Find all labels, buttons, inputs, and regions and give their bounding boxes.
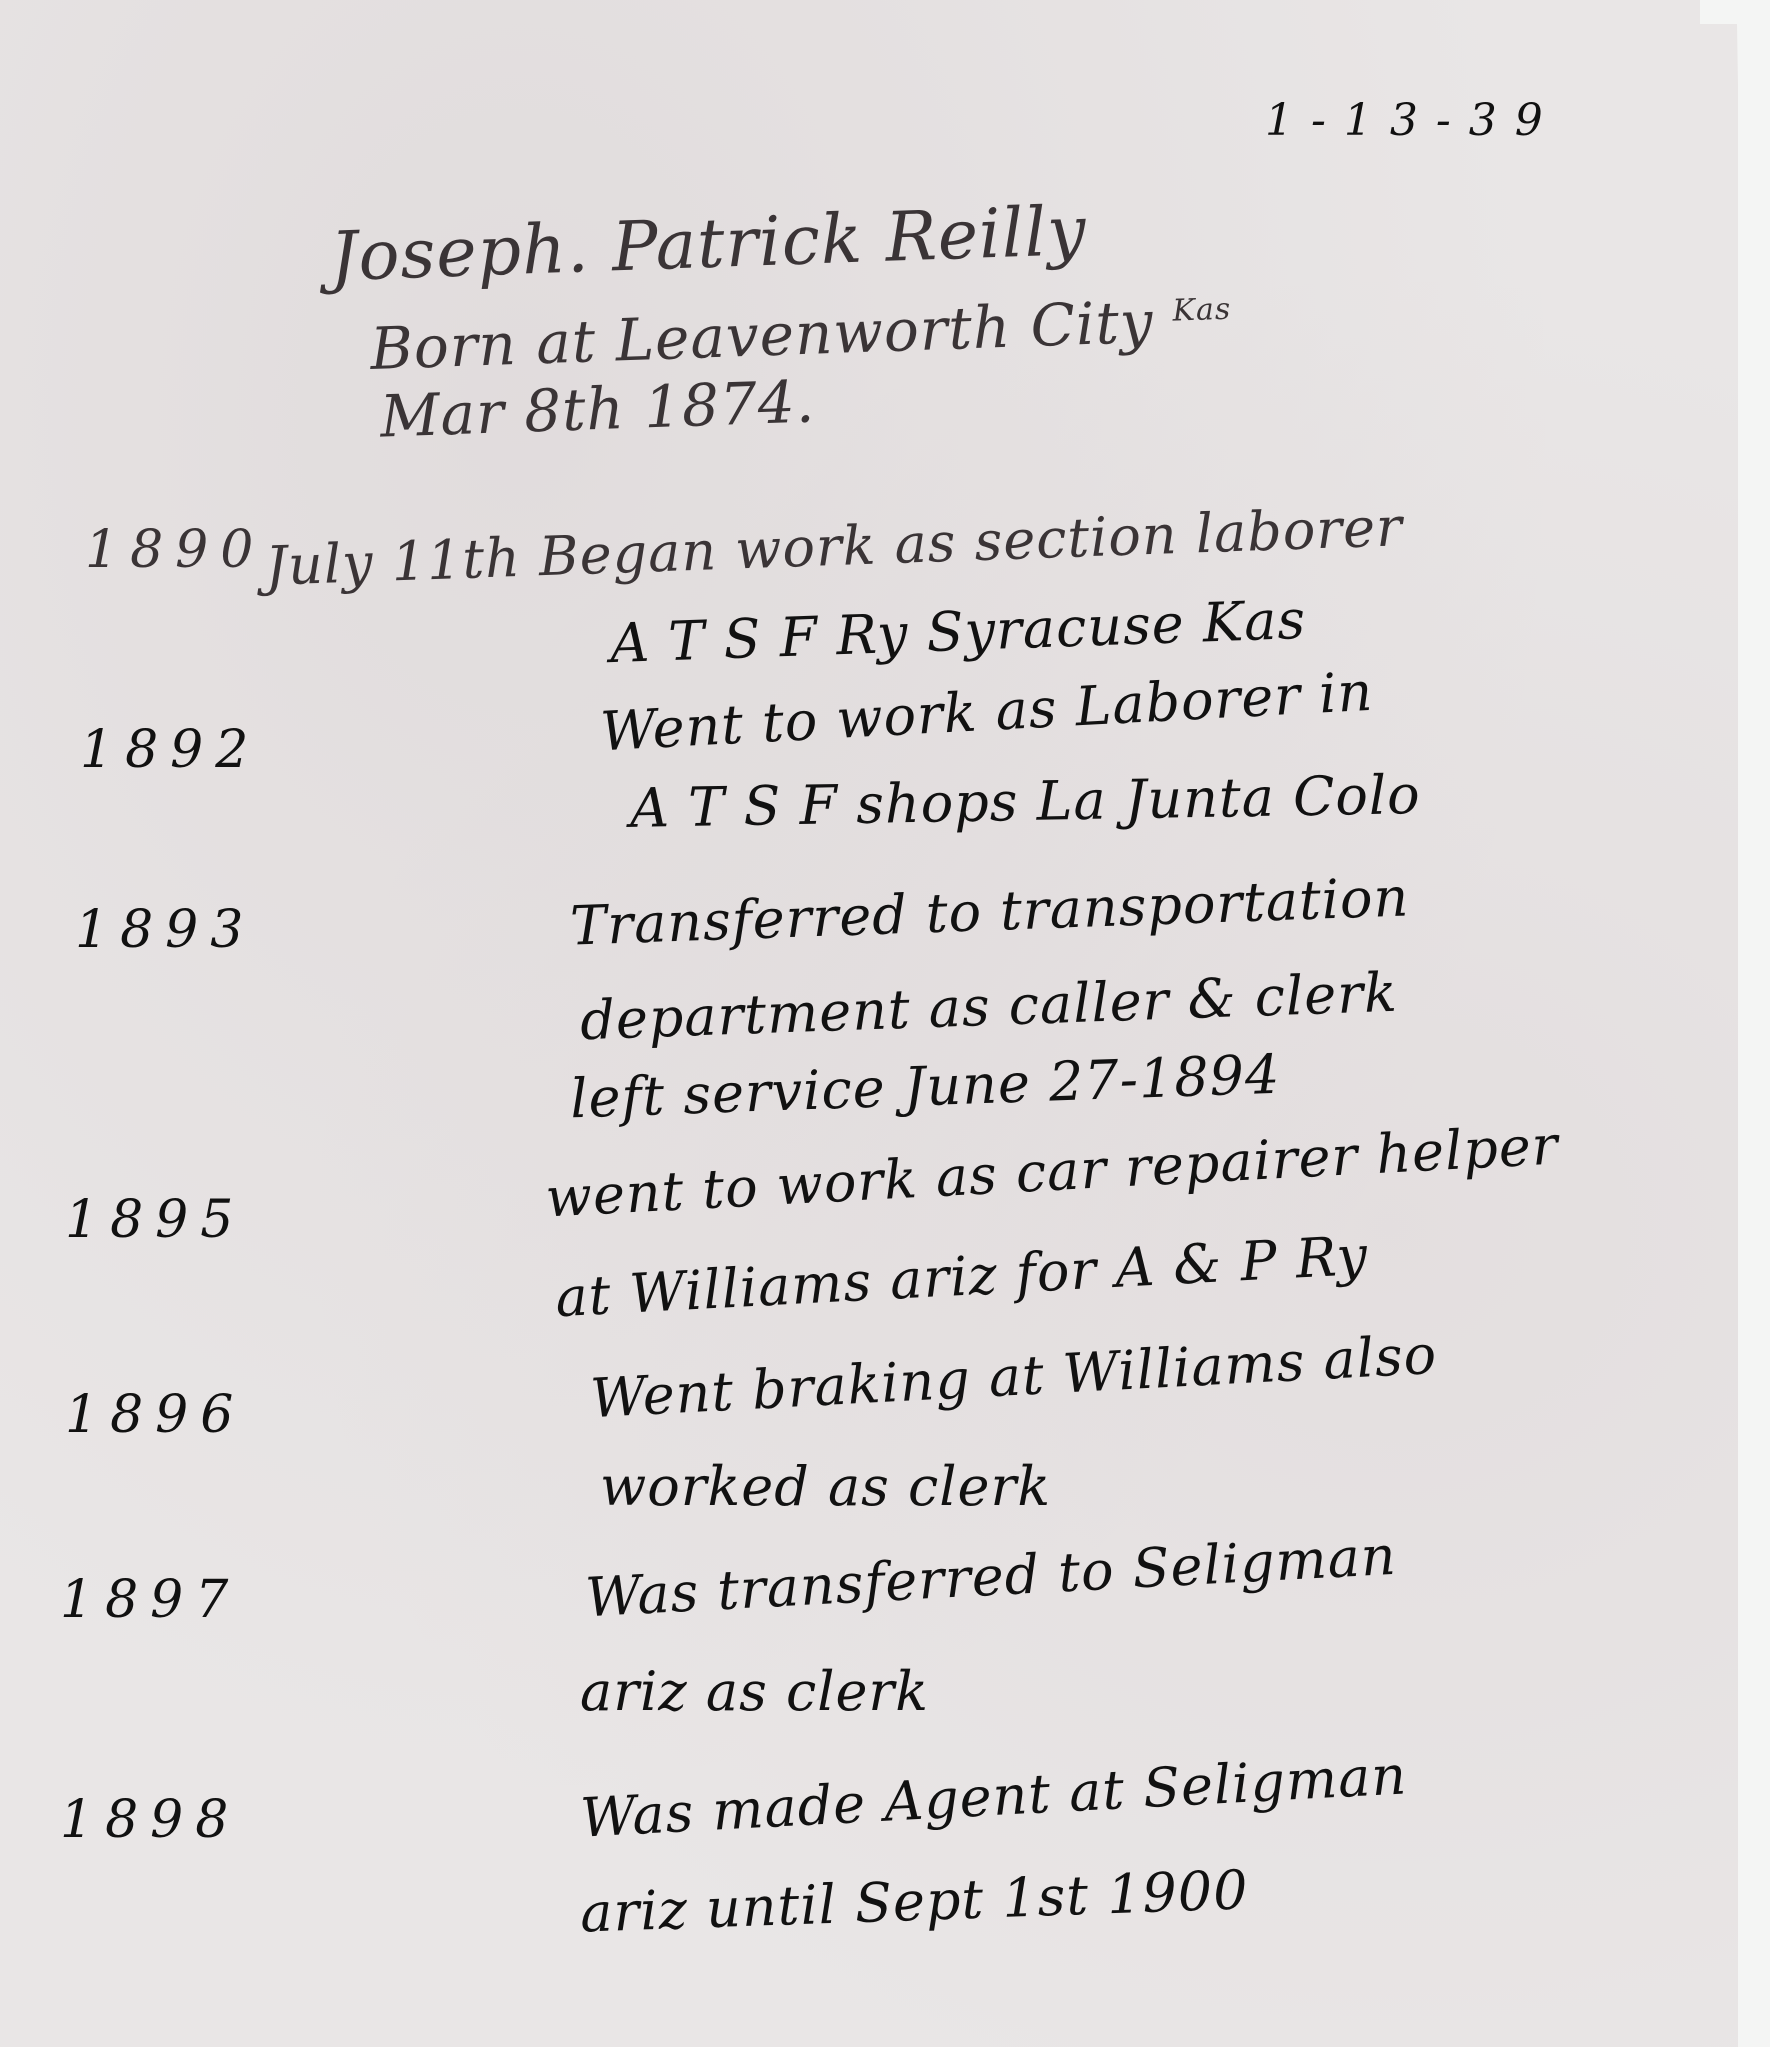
entry-year: 1898 bbox=[60, 1790, 240, 1850]
entry-line: worked as clerk bbox=[600, 1455, 1051, 1518]
entry-year: 1893 bbox=[75, 900, 255, 960]
entry-line: department as caller & clerk bbox=[579, 961, 1399, 1053]
date-mark: 1-13-39 bbox=[1265, 95, 1561, 146]
entry-line: Was transferred to Seligman bbox=[584, 1524, 1398, 1629]
handwritten-page: 1-13-39 Joseph. Patrick Reilly Born at L… bbox=[0, 0, 1738, 2047]
entry-line: ariz until Sept 1st 1900 bbox=[579, 1858, 1249, 1944]
entry-line: Went to work as Laborer in bbox=[599, 660, 1375, 763]
entry-line: Went braking at Williams also bbox=[589, 1323, 1439, 1430]
entry-year: 1895 bbox=[65, 1190, 245, 1250]
entry-year: 1892 bbox=[80, 720, 260, 780]
entry-line: A T S F shops La Junta Colo bbox=[630, 763, 1422, 840]
birthplace-state: Kas bbox=[1172, 292, 1232, 329]
birth-date: Mar 8th 1874. bbox=[379, 367, 816, 450]
entry-line: left service June 27-1894 bbox=[569, 1043, 1281, 1131]
entry-line: A T S F Ry Syracuse Kas bbox=[609, 588, 1307, 675]
entry-year: 1890 bbox=[85, 520, 265, 580]
entry-year: 1896 bbox=[65, 1385, 245, 1445]
entry-year: 1897 bbox=[60, 1570, 240, 1630]
entry-line: at Williams ariz for A & P Ry bbox=[554, 1224, 1370, 1329]
entry-line: went to work as car repairer helper bbox=[544, 1114, 1560, 1230]
entry-line: Transferred to transportation bbox=[569, 865, 1410, 957]
entry-line: July 11th Began work as section laborer bbox=[264, 495, 1404, 598]
person-name: Joseph. Patrick Reilly bbox=[329, 192, 1088, 297]
entry-line: Was made Agent at Seligman bbox=[579, 1743, 1409, 1849]
entry-line: ariz as clerk bbox=[580, 1660, 929, 1723]
